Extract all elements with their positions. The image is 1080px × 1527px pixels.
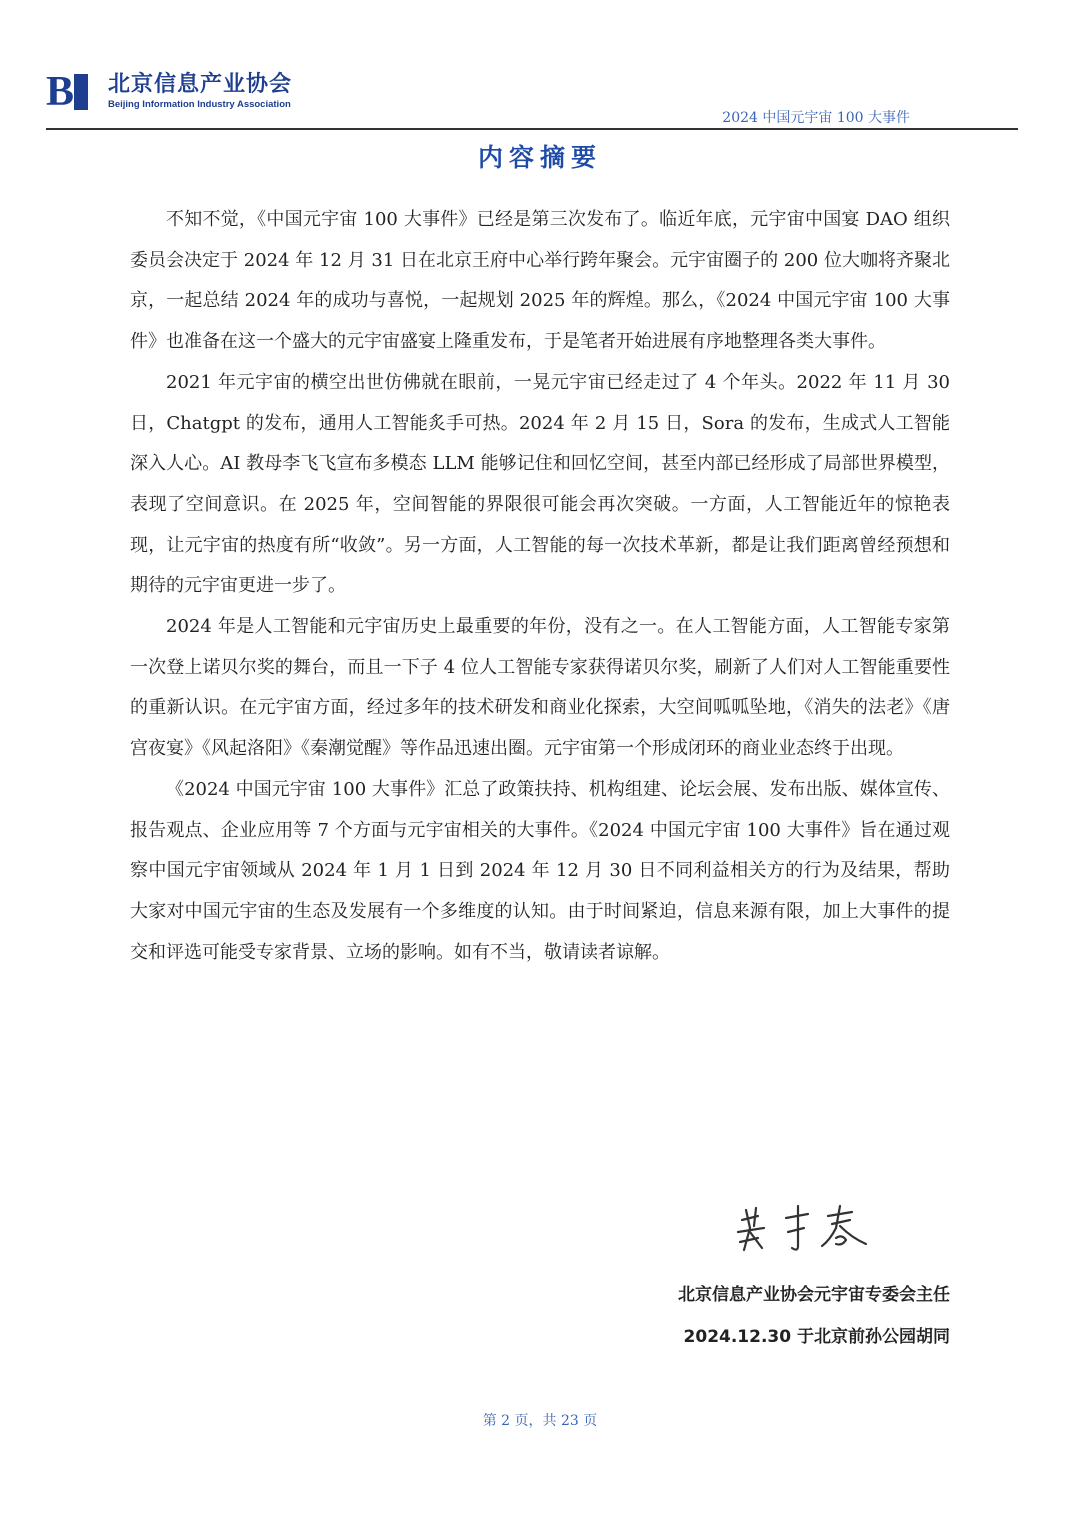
paragraph: 2021 年元宇宙的横空出世仿佛就在眼前，一晃元宇宙已经走过了 4 个年头。20… [130, 363, 950, 607]
page-header: B 北京信息产业协会 Beijing Information Industry … [0, 0, 1080, 132]
signature-icon [728, 1198, 888, 1268]
org-name-en: Beijing Information Industry Association [108, 99, 292, 111]
signatory-role: 北京信息产业协会元宇宙专委会主任 [678, 1280, 950, 1305]
signatory-date-place: 2024.12.30 于北京前孙公园胡同 [684, 1322, 950, 1347]
org-name-cn: 北京信息产业协会 [108, 73, 292, 97]
document-body: 不知不觉，《中国元宇宙 100 大事件》已经是第三次发布了。临近年底，元宇宙中国… [130, 200, 950, 973]
bi-logo-icon: B [46, 72, 100, 112]
handwritten-signature [728, 1198, 888, 1268]
paragraph: 不知不觉，《中国元宇宙 100 大事件》已经是第三次发布了。临近年底，元宇宙中国… [130, 200, 950, 363]
header-divider [46, 128, 1018, 130]
association-logo: B 北京信息产业协会 Beijing Information Industry … [46, 72, 292, 112]
page-number: 第 2 页，共 23 页 [0, 1410, 1080, 1430]
paragraph: 《2024 中国元宇宙 100 大事件》汇总了政策扶持、机构组建、论坛会展、发布… [130, 770, 950, 974]
page-title: 内容摘要 [0, 138, 1080, 174]
running-title: 2024 中国元宇宙 100 大事件 [722, 107, 910, 127]
paragraph: 2024 年是人工智能和元宇宙历史上最重要的年份，没有之一。在人工智能方面，人工… [130, 607, 950, 770]
